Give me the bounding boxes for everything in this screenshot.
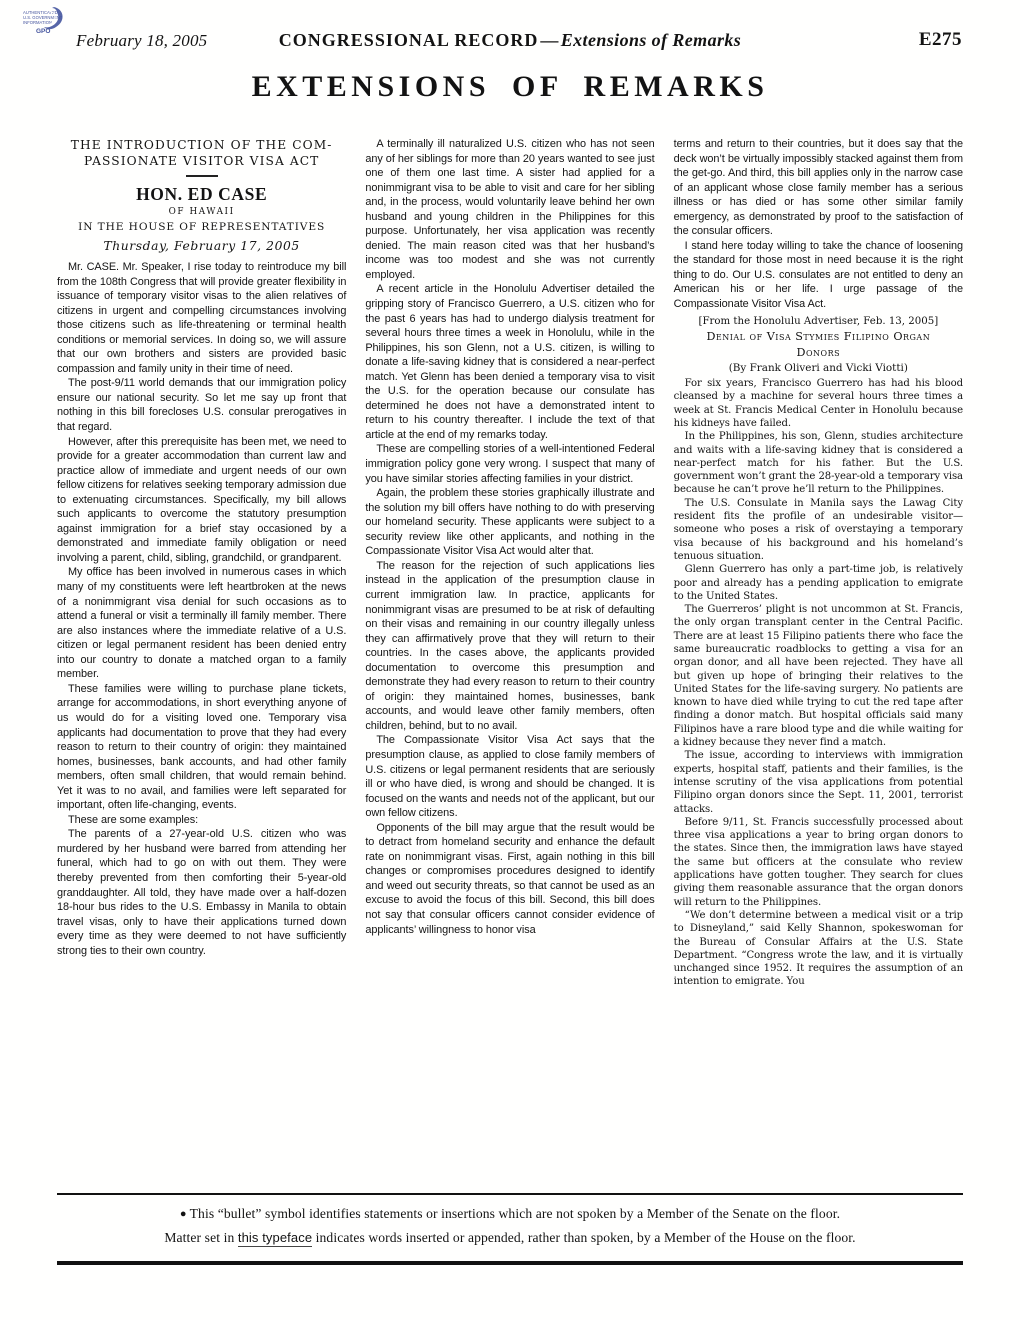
speech-paragraph: Opponents of the bill may argue that the…: [365, 821, 654, 937]
speech-paragraph: The reason for the rejection of such app…: [365, 559, 654, 734]
footer-legend: ●This “bullet” symbol identifies stateme…: [57, 1193, 963, 1265]
article-paragraph: For six years, Francisco Guerrero has ha…: [674, 377, 963, 430]
heading-divider: [186, 175, 218, 177]
speech-continuation: terms and return to their countries, but…: [674, 137, 963, 312]
sitting-date: Thursday, February 17, 2005: [57, 239, 346, 254]
congressional-record-page: AUTHENTICATED U.S. GOVERNMENT INFORMATIO…: [0, 0, 1020, 1320]
speech-paragraph: Again, the problem these stories graphic…: [365, 486, 654, 559]
article-paragraph: The Guerreros’ plight is not uncommon at…: [674, 603, 963, 749]
footer-typeface-prefix: Matter set in: [164, 1230, 238, 1245]
masthead-section: Extensions of Remarks: [561, 30, 741, 50]
article-paragraph: “We don’t determine between a medical vi…: [674, 909, 963, 989]
column-2: A terminally ill naturalized U.S. citize…: [365, 137, 654, 1185]
text-columns: THE INTRODUCTION OF THE COM- PASSIONATE …: [57, 137, 963, 1185]
article-paragraph: Before 9/11, St. Francis successfully pr…: [674, 816, 963, 909]
footer-bullet-note: ●This “bullet” symbol identifies stateme…: [61, 1206, 959, 1222]
footer-typeface-note: Matter set in this typeface indicates wo…: [61, 1230, 959, 1246]
speech-paragraph: These are some examples:: [57, 813, 346, 828]
article-heading-line2: Donors: [674, 346, 963, 360]
article-paragraph: The U.S. Consulate in Manila says the La…: [674, 497, 963, 563]
masthead-record-title: CONGRESSIONAL RECORD: [279, 30, 539, 50]
speaker-name: HON. ED CASE: [57, 185, 346, 204]
speech-paragraph: Mr. CASE. Mr. Speaker, I rise today to r…: [57, 260, 346, 376]
article-byline: (By Frank Oliveri and Vicki Viotti): [674, 361, 963, 375]
speaker-state: OF HAWAII: [57, 207, 346, 218]
speech-paragraph: My office has been involved in numerous …: [57, 565, 346, 681]
speech-heading: THE INTRODUCTION OF THE COM- PASSIONATE …: [57, 137, 346, 254]
speech-paragraph: A terminally ill naturalized U.S. citize…: [365, 137, 654, 282]
speech-paragraph: However, after this prerequisite has bee…: [57, 435, 346, 566]
speech-paragraph: These are compelling stories of a well-i…: [365, 442, 654, 486]
article-body: For six years, Francisco Guerrero has ha…: [674, 377, 963, 989]
article-paragraph: The issue, according to interviews with …: [674, 749, 963, 815]
column-3: terms and return to their countries, but…: [674, 137, 963, 1185]
speech-paragraph: The post-9/11 world demands that our imm…: [57, 376, 346, 434]
speech-paragraph: I stand here today willing to take the c…: [674, 239, 963, 312]
footer-bullet-text: This “bullet” symbol identifies statemen…: [190, 1206, 840, 1221]
article-heading-line1: Denial of Visa Stymies Filipino Organ: [674, 330, 963, 344]
speech-paragraph: These families were willing to purchase …: [57, 682, 346, 813]
masthead-dash: —: [538, 30, 560, 50]
speech-title-line1: THE INTRODUCTION OF THE COM-: [57, 137, 346, 153]
seal-text-line3: INFORMATION: [23, 20, 52, 25]
footer-typeface-sample: this typeface: [238, 1230, 312, 1247]
page-number: E275: [919, 29, 962, 51]
speaker-chamber: IN THE HOUSE OF REPRESENTATIVES: [57, 221, 346, 234]
footer-typeface-suffix: indicates words inserted or appended, ra…: [312, 1230, 855, 1245]
article-paragraph: In the Philippines, his son, Glenn, stud…: [674, 430, 963, 496]
speech-paragraph: The parents of a 27-year-old U.S. citize…: [57, 827, 346, 958]
speech-paragraph: terms and return to their countries, but…: [674, 137, 963, 239]
speech-paragraph: The Compassionate Visitor Visa Act says …: [365, 733, 654, 820]
speech-title-line2: PASSIONATE VISITOR VISA ACT: [57, 153, 346, 169]
speech-paragraph: A recent article in the Honolulu Adverti…: [365, 282, 654, 442]
article-source-line: [From the Honolulu Advertiser, Feb. 13, …: [674, 315, 963, 329]
article-paragraph: Glenn Guerrero has only a part-time job,…: [674, 563, 963, 603]
masthead: CONGRESSIONAL RECORD—Extensions of Remar…: [0, 30, 1020, 51]
column-1: THE INTRODUCTION OF THE COM- PASSIONATE …: [57, 137, 346, 1185]
page-title: EXTENSIONS OF REMARKS: [0, 70, 1020, 104]
bullet-icon: ●: [180, 1208, 190, 1220]
